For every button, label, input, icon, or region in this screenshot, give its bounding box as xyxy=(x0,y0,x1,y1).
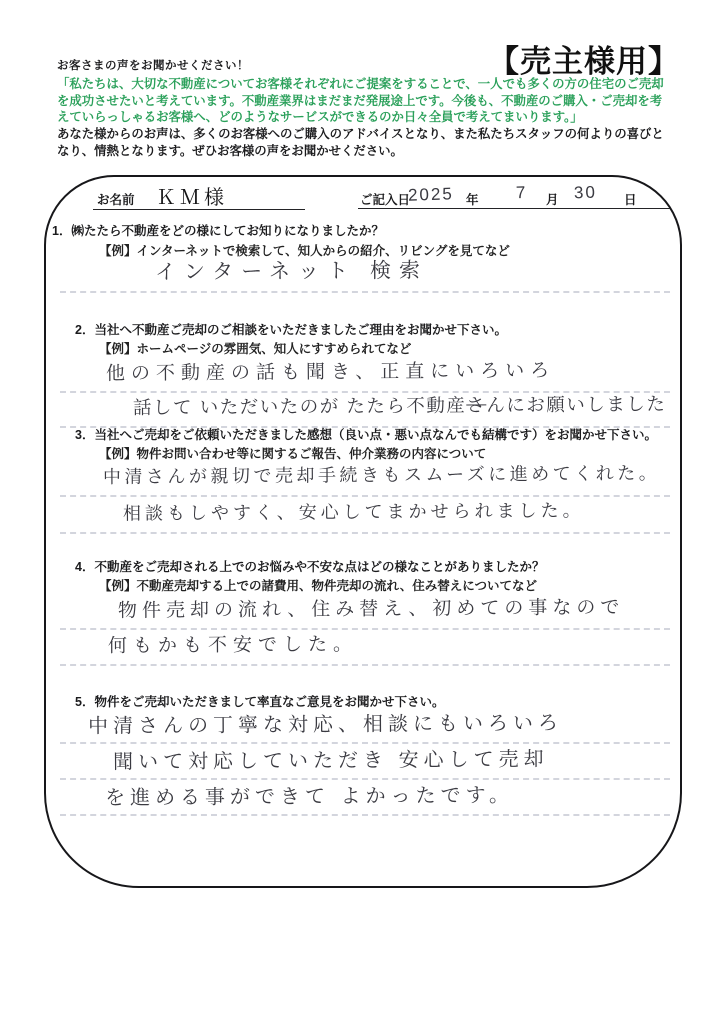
date-month-value: 7 xyxy=(516,183,528,203)
handwritten-answer: 相談もしやすく、安心してまかせられました。 xyxy=(123,496,585,525)
question-2-example: 【例】ホームページの雰囲気、知人にすすめられてなど xyxy=(99,339,411,357)
handwritten-answer: 中清さんが親切で売却手続きもスムーズに進めてくれた。 xyxy=(103,459,660,489)
question-4-answer-line: 何もかも不安でした。 xyxy=(60,630,670,666)
question-1-answer-line: インターネット 検索 xyxy=(60,255,670,293)
name-value: ＫＭ様 xyxy=(156,181,228,210)
questionnaire-sheet: お客さまの声をお聞かせください！ 【売主様用】 「私たちは、大切な不動産について… xyxy=(0,0,724,1024)
name-label: お名前 xyxy=(97,190,135,208)
mission-statement: 「私たちは、大切な不動産についてお客様それぞれにご提案をすることで、一人でも多く… xyxy=(57,76,671,126)
question-4-answer-line: 物件売却の流れ、住み替え、初めての事なので xyxy=(60,594,670,630)
date-year-value: 2025 xyxy=(408,184,454,206)
question-5-answer-line: 聞いて対応していただき 安心して売却 xyxy=(60,744,670,780)
date-day-unit: 日 xyxy=(624,190,637,208)
question-2-answer-line: 他の不動産の話も聞き、正直にいろいろ xyxy=(60,357,670,393)
question-3-answer-line: 相談もしやすく、安心してまかせられました。 xyxy=(60,498,670,534)
handwritten-answer: を進める事ができて よかったです。 xyxy=(105,779,514,811)
handwritten-answer: 中清さんの丁寧な対応、相談にもいろいろ xyxy=(88,706,563,738)
date-label: ご記入日 xyxy=(360,190,410,208)
date-month-unit: 月 xyxy=(546,190,559,208)
struck-character: さ xyxy=(466,394,486,415)
question-2-title: 2．当社へ不動産ご売却のご相談をいただきましたご理由をお聞かせ下さい。 xyxy=(75,320,507,338)
date-day-value: 30 xyxy=(574,183,598,204)
handwritten-answer: 聞いて対応していただき 安心して売却 xyxy=(113,742,549,774)
question-4-example: 【例】不動産売却する上での諸費用、物件売却の流れ、住み替えについてなど xyxy=(99,576,537,594)
question-3-title: 3．当社へご売却をご依頼いただきました感想（良い点・悪い点なんでも結構です）をお… xyxy=(75,425,657,443)
question-4-title: 4．不動産をご売却される上でのお悩みや不安な点はどの様なことがありましたか？ xyxy=(75,557,544,575)
question-3-example: 【例】物件お問い合わせ等に関するご報告、仲介業務の内容について xyxy=(99,444,486,462)
question-1-title: 1．㈱たたら不動産をどの様にしてお知りになりましたか？ xyxy=(52,221,384,239)
form-box: お名前 ＫＭ様 ご記入日 2025 年 7 月 30 日 1．㈱たたら不動産をど… xyxy=(44,175,682,888)
page-title: 【売主様用】 xyxy=(488,36,680,81)
handwritten-answer: 話して いただいたのが たたら不動産さんにお願いしました xyxy=(133,390,666,420)
question-2-answer-line: 話して いただいたのが たたら不動産さんにお願いしました xyxy=(60,392,670,428)
date-year-unit: 年 xyxy=(466,190,479,208)
question-5-answer-line: 中清さんの丁寧な対応、相談にもいろいろ xyxy=(60,708,670,744)
question-3-answer-line: 中清さんが親切で売却手続きもスムーズに進めてくれた。 xyxy=(60,461,670,497)
handwritten-answer: 他の不動産の話も聞き、正直にいろいろ xyxy=(106,355,555,385)
date-underline xyxy=(358,208,670,209)
name-underline xyxy=(93,209,305,210)
handwritten-answer: 物件売却の流れ、住み替え、初めての事なので xyxy=(118,592,624,623)
intro-text: お客さまの声をお聞かせください！ xyxy=(57,57,249,73)
question-5-answer-line: を進める事ができて よかったです。 xyxy=(60,780,670,816)
handwritten-answer: 何もかも不安でした。 xyxy=(108,629,358,658)
handwritten-answer: インターネット 検索 xyxy=(155,254,428,286)
note-text: あなた様からのお声は、多くのお客様へのご購入のアドバイスとなり、また私たちスタッ… xyxy=(57,126,671,159)
